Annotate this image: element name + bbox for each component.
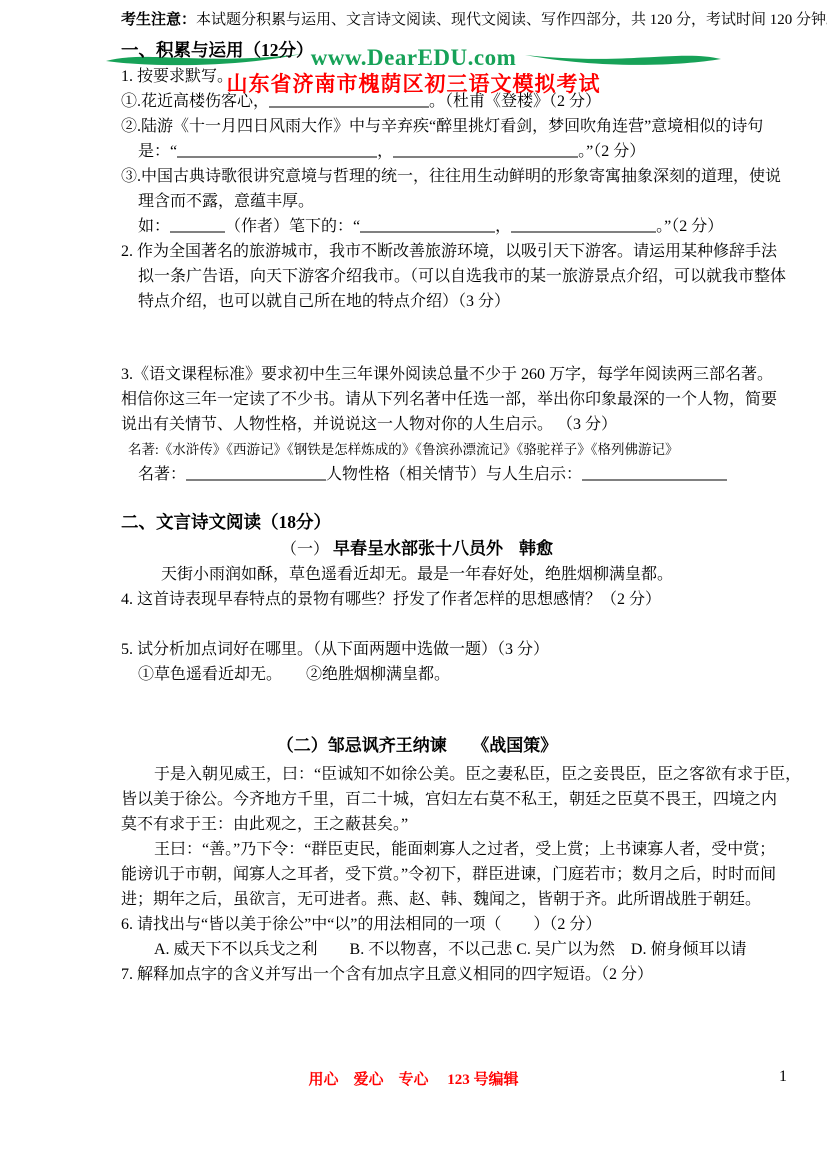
q1-item3-line3: 如：（作者）笔下的：“，。”（2 分）: [121, 214, 713, 239]
q6-stem: 6. 请找出与“皆以美于徐公”中“以”的用法相同的一项（ ）（2 分）: [121, 912, 713, 937]
answer-blank: [177, 143, 377, 158]
q7-stem: 7. 解释加点字的含义并写出一个含有加点字且意义相同的四字短语。（2 分）: [121, 962, 713, 987]
poem-title: 早春呈水部张十八员外: [333, 539, 503, 558]
answer-blank: [186, 466, 326, 481]
q1-item3-pre: 如：: [138, 218, 170, 235]
q1-item2-pre: 是：“: [138, 143, 177, 160]
q2-line2: 拟一条广告语，向天下游客介绍我市。（可以自选我市的某一旅游景点介绍，可以就我市整…: [121, 264, 713, 289]
passage-heading: （二）邹忌讽齐王纳谏 《战国策》: [121, 733, 713, 758]
q5-stem: 5. 试分析加点词好在哪里。（从下面两题中选做一题）（3 分）: [121, 637, 713, 662]
passage-p1-line1: 于是入朝见威王，曰：“臣诚知不如徐公美。臣之妻私臣，臣之妾畏臣，臣之客欲有求于臣…: [121, 762, 713, 787]
answer-blank: [511, 218, 656, 233]
q4-stem: 4. 这首诗表现早春特点的景物有哪些？抒发了作者怎样的思想感情？（2 分）: [121, 587, 713, 612]
q5-options: ①草色遥看近却无。 ②绝胜烟柳满皇都。: [121, 662, 713, 687]
q1-item3-comma: ，: [495, 218, 511, 235]
notice-label: 考生注意：: [121, 12, 196, 28]
q3-answer-mid: 人物性格（相关情节）与人生启示：: [326, 466, 582, 483]
candidate-notice: 考生注意：本试题分积累与运用、文言诗文阅读、现代文阅读、写作四部分，共 120 …: [121, 8, 713, 33]
page-number: 1: [779, 1068, 787, 1086]
footer-slogan: 用心 爱心 专心 123 号编辑: [0, 1068, 827, 1089]
q3-book-list: 名著:《水浒传》《西游记》《钢铁是怎样炼成的》《鲁滨孙漂流记》《骆驼祥子》《格列…: [121, 437, 713, 462]
page-body: 考生注意：本试题分积累与运用、文言诗文阅读、现代文阅读、写作四部分，共 120 …: [121, 0, 713, 987]
passage-p2-line1: 王曰：“善。”乃下令：“群臣吏民，能面刺寡人之过者，受上赏；上书谏寡人者，受中赏…: [121, 837, 713, 862]
passage-p2-line3: 进；期年之后，虽欲言，无可进者。燕、赵、韩、魏闻之，皆朝于齐。此所谓战胜于朝廷。: [121, 887, 713, 912]
q1-item3-line2: 理含而不露，意蕴丰厚。: [121, 189, 713, 214]
passage-p1-line3: 莫不有求于王：由此观之，王之蔽甚矣。”: [121, 812, 713, 837]
passage-p2-line2: 能谤讥于市朝，闻寡人之耳者，受下赏。”令初下，群臣进谏，门庭若市；数月之后，时时…: [121, 862, 713, 887]
answer-blank: [170, 218, 225, 233]
section1-heading: 一、积累与运用（12分）: [121, 37, 713, 64]
q1-item3-line1: ③.中国古典诗歌很讲究意境与哲理的统一，往往用生动鲜明的形象寄寓抽象深刻的道理，…: [121, 164, 713, 189]
answer-blank: [269, 93, 429, 108]
q1-item1-text: ①.花近高楼伤客心，: [121, 93, 269, 110]
q1-item3-mid1: （作者）笔下的：“: [225, 218, 360, 235]
exam-page: www.DearEDU.com 山东省济南市槐荫区初三语文模拟考试 考生注意：本…: [0, 0, 827, 1170]
answer-blank: [393, 143, 578, 158]
passage-p1-line2: 皆以美于徐公。今齐地方千里，百二十城，宫妇左右莫不私王，朝廷之臣莫不畏王，四境之…: [121, 787, 713, 812]
q1-item2-post: 。”（2 分）: [578, 143, 645, 160]
q1-item1: ①.花近高楼伤客心，。（杜甫《登楼》（2 分）: [121, 89, 713, 114]
q3-line2: 相信你这三年一定读了不少书。请从下列名著中任选一部，举出你印象最深的一个人物，简…: [121, 387, 713, 412]
q3-line1: 3.《语文课程标准》要求初中生三年课外阅读总量不少于 260 万字，每学年阅读两…: [121, 362, 713, 387]
q1-item1-source: 。（杜甫《登楼》（2 分）: [429, 93, 601, 110]
poem-heading: （一） 早春呈水部张十八员外 韩愈: [121, 536, 713, 562]
q1-stem: 1. 按要求默写。: [121, 64, 713, 89]
poem-author: 韩愈: [519, 539, 553, 558]
section2-heading: 二、文言诗文阅读（18分）: [121, 509, 713, 536]
q3-line3: 说出有关情节、人物性格，并说说这一人物对你的人生启示。 （3 分）: [121, 412, 713, 437]
q6-options: A. 威天下不以兵戈之利 B. 不以物喜，不以己悲 C. 吴广以为然 D. 俯身…: [121, 937, 713, 962]
q1-item2-line1: ②.陆游《十一月四日风雨大作》中与辛弃疾“醉里挑灯看剑，梦回吹角连营”意境相似的…: [121, 114, 713, 139]
q3-answer-pre: 名著：: [138, 466, 186, 483]
answer-blank: [582, 466, 727, 481]
q2-line3: 特点介绍，也可以就自己所在地的特点介绍）（3 分）: [121, 289, 713, 314]
q1-item2-comma: ，: [377, 143, 393, 160]
page-footer: 用心 爱心 专心 123 号编辑 1: [0, 1068, 827, 1094]
notice-text: 本试题分积累与运用、文言诗文阅读、现代文阅读、写作四部分，共 120 分，考试时…: [196, 12, 827, 28]
q1-item3-post: 。”（2 分）: [656, 218, 723, 235]
poem-text: 天街小雨润如酥，草色遥看近却无。最是一年春好处，绝胜烟柳满皇都。: [121, 562, 713, 587]
poem-number: （一）: [281, 541, 329, 558]
q2-line1: 2. 作为全国著名的旅游城市，我市不断改善旅游环境，以吸引天下游客。请运用某种修…: [121, 239, 713, 264]
answer-blank: [360, 218, 495, 233]
q1-item2-line2: 是：“，。”（2 分）: [121, 139, 713, 164]
q3-answer-line: 名著：人物性格（相关情节）与人生启示：: [121, 462, 713, 487]
